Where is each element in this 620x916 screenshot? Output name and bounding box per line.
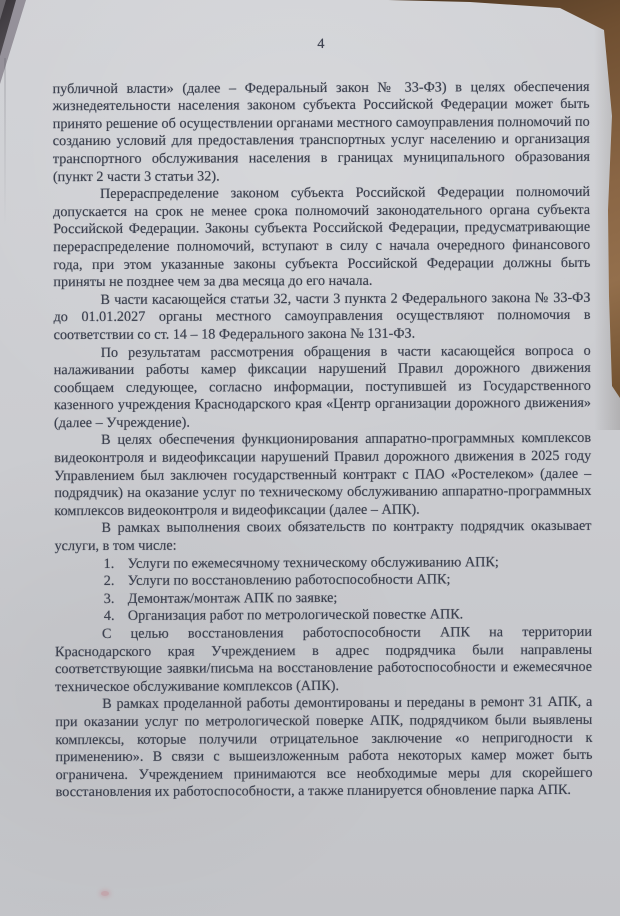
list-item-text: Организация работ по метрологической пов…: [128, 607, 463, 624]
paragraph-4: По результатам рассмотрения обращения в …: [54, 342, 591, 432]
list-item-number: 4.: [104, 608, 128, 626]
list-item-number: 1.: [104, 555, 128, 573]
paragraph-2: Перераспределение законом субъекта Росси…: [53, 184, 590, 292]
list-item: 4.Организация работ по метрологической п…: [55, 606, 592, 626]
list-item-text: Демонтаж/монтаж АПК по заявке;: [128, 590, 338, 607]
paragraph-6: В рамках выполнения своих обязательств п…: [54, 518, 591, 556]
list-item: 1.Услуги по ежемесячному техническому об…: [55, 553, 592, 573]
paragraph-1: публичной власти» (далее – Федеральный з…: [53, 78, 590, 186]
list-item-number: 2.: [104, 573, 128, 591]
list-item-text: Услуги по восстановлению работоспособнос…: [128, 572, 451, 589]
numbered-list: 1.Услуги по ежемесячному техническому об…: [55, 553, 592, 626]
paragraph-8: В рамках проделанной работы демонтирован…: [55, 694, 592, 802]
list-item-text: Услуги по ежемесячному техническому обсл…: [128, 554, 499, 572]
paragraph-5: В целях обеспечения функционирования апп…: [54, 430, 591, 520]
pink-smudge: [101, 891, 109, 896]
list-item-number: 3.: [104, 591, 128, 609]
paragraph-3: В части касающейся статьи 32, части 3 пу…: [53, 290, 590, 345]
paper-left-edge-seam: [4, 58, 6, 228]
page-number: 4: [52, 35, 589, 55]
document-text-block: 4 публичной власти» (далее – Федеральный…: [52, 35, 592, 802]
list-item: 2.Услуги по восстановлению работоспособн…: [55, 571, 592, 591]
list-item: 3.Демонтаж/монтаж АПК по заявке;: [55, 589, 592, 609]
paragraph-7: С целью восстановления работоспособности…: [55, 624, 592, 697]
